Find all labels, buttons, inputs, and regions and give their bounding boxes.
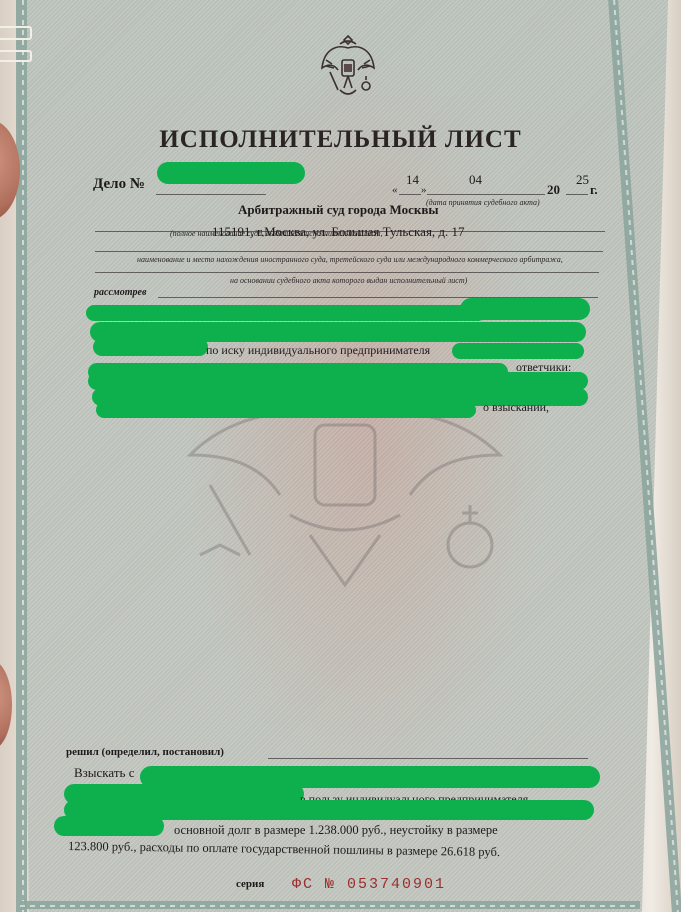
date-caption: (дата принятия судебного акта) — [426, 198, 540, 207]
watermark-emblem — [170, 405, 520, 595]
date-close-quote: » — [421, 184, 427, 196]
bottom-border-strip — [20, 901, 640, 909]
body-fragment-claim: по иску индивидуального предпринимателя — [206, 343, 430, 358]
decided-line — [268, 758, 588, 759]
case-number-line — [156, 194, 266, 195]
document-title: ИСПОЛНИТЕЛЬНЫЙ ЛИСТ — [0, 126, 681, 154]
coat-of-arms-icon — [318, 30, 378, 104]
series-number: ФС № 053740901 — [292, 876, 446, 893]
date-open-quote: « — [392, 184, 398, 196]
redaction — [54, 816, 164, 836]
considered-label: рассмотрев — [94, 287, 146, 298]
redaction — [157, 162, 305, 184]
redaction — [460, 298, 590, 320]
date-day: 14 — [406, 172, 419, 188]
collect-label: Взыскать с — [74, 765, 135, 781]
date-day-line — [399, 194, 421, 195]
date-century: 20 — [547, 182, 560, 198]
redaction — [93, 338, 208, 356]
court-caption-2: наименование и место нахождения иностран… — [137, 255, 563, 264]
court-caption-3: на основании судебного акта которого выд… — [230, 276, 467, 285]
series-label: серия — [236, 878, 264, 890]
redaction — [86, 305, 486, 321]
binding-string — [0, 50, 32, 62]
date-year-abbr: г. — [590, 182, 598, 198]
redaction — [452, 343, 584, 359]
date-month-line — [427, 194, 545, 195]
court-address: 115191, г.Москва, ул. Большая Тульская, … — [212, 224, 465, 240]
court-line-3 — [95, 272, 599, 273]
decided-label: решил (определил, постановил) — [66, 746, 224, 758]
court-name: Арбитражный суд города Москвы — [238, 202, 439, 218]
body-fragment-recovery: о взыскании, — [483, 400, 549, 415]
date-year-suffix: 25 — [576, 172, 589, 188]
binding-string — [0, 26, 32, 40]
date-year-line — [566, 194, 588, 195]
debt-line: основной долг в размере 1.238.000 руб., … — [174, 823, 498, 838]
court-line-2 — [95, 251, 603, 252]
case-label: Дело № — [93, 176, 145, 193]
date-month: 04 — [469, 172, 482, 188]
redaction — [96, 402, 476, 418]
